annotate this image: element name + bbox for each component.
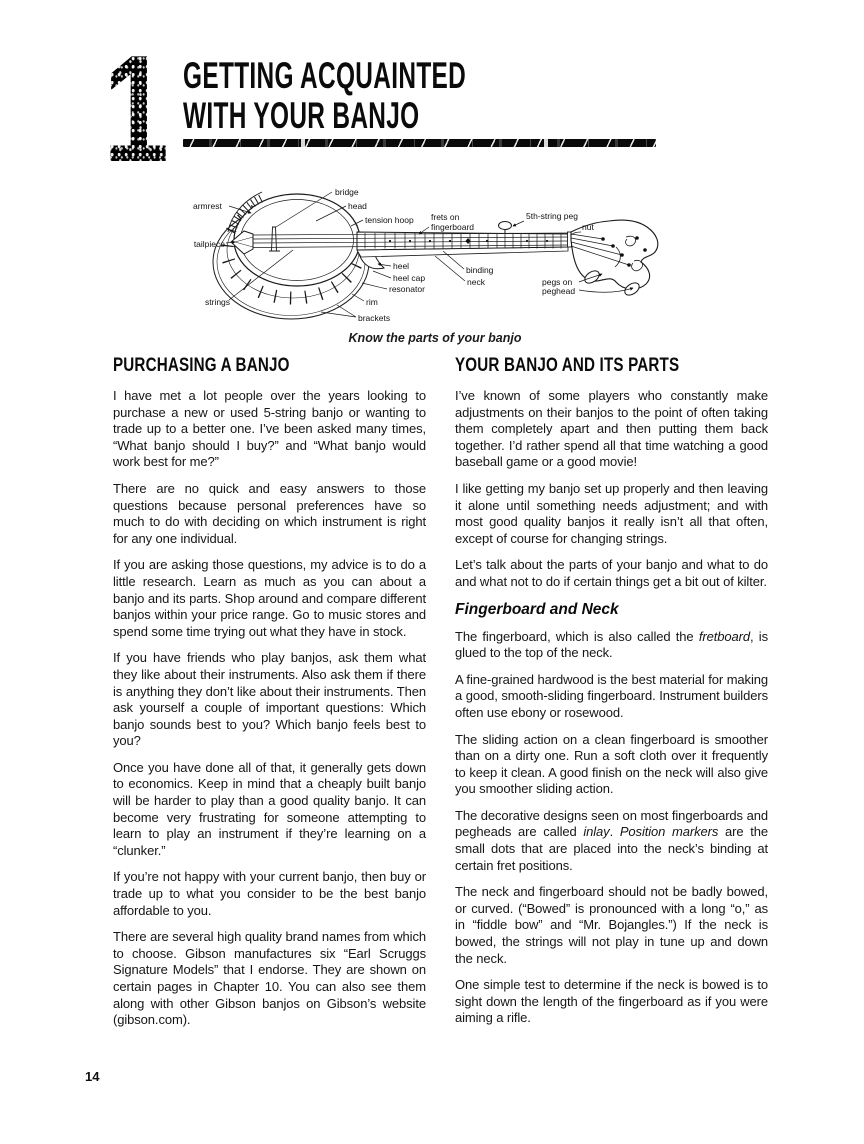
right-column: YOUR BANJO AND ITS PARTS I’ve known of s…	[455, 355, 768, 1037]
paragraph: The sliding action on a clean fingerboar…	[455, 732, 768, 798]
label-brackets: brackets	[358, 313, 390, 323]
paragraph: The fingerboard, which is also called th…	[455, 629, 768, 662]
paragraph: If you are asking those questions, my ad…	[113, 557, 426, 640]
label-tension-hoop: tension hoop	[365, 215, 414, 225]
label-neck: neck	[467, 277, 486, 287]
book-page: 1 GETTING ACQUAINTED WITH YOUR BANJO	[0, 0, 864, 1144]
chapter-number: 1	[103, 33, 169, 185]
paragraph: A fine-grained hardwood is the best mate…	[455, 672, 768, 722]
section-heading-purchasing: PURCHASING A BANJO	[113, 355, 363, 377]
banjo-diagram-illustration: bridge head armrest tension hoop frets o…	[185, 178, 685, 328]
paragraph: I like getting my banjo set up properly …	[455, 481, 768, 547]
chapter-title-line2: WITH YOUR BANJO	[183, 96, 466, 136]
paragraph: Let’s talk about the parts of your banjo…	[455, 557, 768, 590]
section-heading-parts: YOUR BANJO AND ITS PARTS	[455, 355, 705, 377]
label-heel: heel	[393, 261, 409, 271]
label-pegs-line2: peghead	[542, 286, 575, 296]
paragraph: I have met a lot people over the years l…	[113, 388, 426, 471]
paragraph: There are several high quality brand nam…	[113, 929, 426, 1029]
paragraph: The decorative designs seen on most fing…	[455, 808, 768, 874]
label-armrest: armrest	[193, 201, 222, 211]
paragraph: Once you have done all of that, it gener…	[113, 760, 426, 860]
label-frets-line1: frets on	[431, 212, 460, 222]
label-5th-string-peg: 5th-string peg	[526, 211, 578, 221]
paragraph: There are no quick and easy answers to t…	[113, 481, 426, 547]
label-nut: nut	[582, 222, 594, 232]
left-column: PURCHASING A BANJO I have met a lot peop…	[113, 355, 426, 1039]
subsection-heading-fingerboard: Fingerboard and Neck	[455, 601, 768, 619]
label-binding: binding	[466, 265, 494, 275]
label-strings: strings	[205, 297, 230, 307]
chapter-title: GETTING ACQUAINTED WITH YOUR BANJO	[183, 56, 466, 136]
page-number: 14	[85, 1069, 99, 1084]
label-rim: rim	[366, 297, 378, 307]
chapter-title-line1: GETTING ACQUAINTED	[183, 56, 466, 96]
paragraph: I’ve known of some players who constantl…	[455, 388, 768, 471]
paragraph: If you have friends who play banjos, ask…	[113, 650, 426, 750]
label-frets-line2: fingerboard	[431, 222, 474, 232]
paragraph: The neck and fingerboard should not be b…	[455, 884, 768, 967]
label-tailpiece: tailpiece	[194, 239, 225, 249]
figure-caption: Know the parts of your banjo	[185, 331, 685, 345]
label-heel-cap: heel cap	[393, 273, 425, 283]
label-head: head	[348, 201, 367, 211]
banjo-parts-figure: bridge head armrest tension hoop frets o…	[185, 178, 685, 345]
label-resonator: resonator	[389, 284, 425, 294]
distressed-rule	[183, 139, 656, 147]
paragraph: If you’re not happy with your current ba…	[113, 869, 426, 919]
paragraph: One simple test to determine if the neck…	[455, 977, 768, 1027]
label-bridge: bridge	[335, 187, 359, 197]
